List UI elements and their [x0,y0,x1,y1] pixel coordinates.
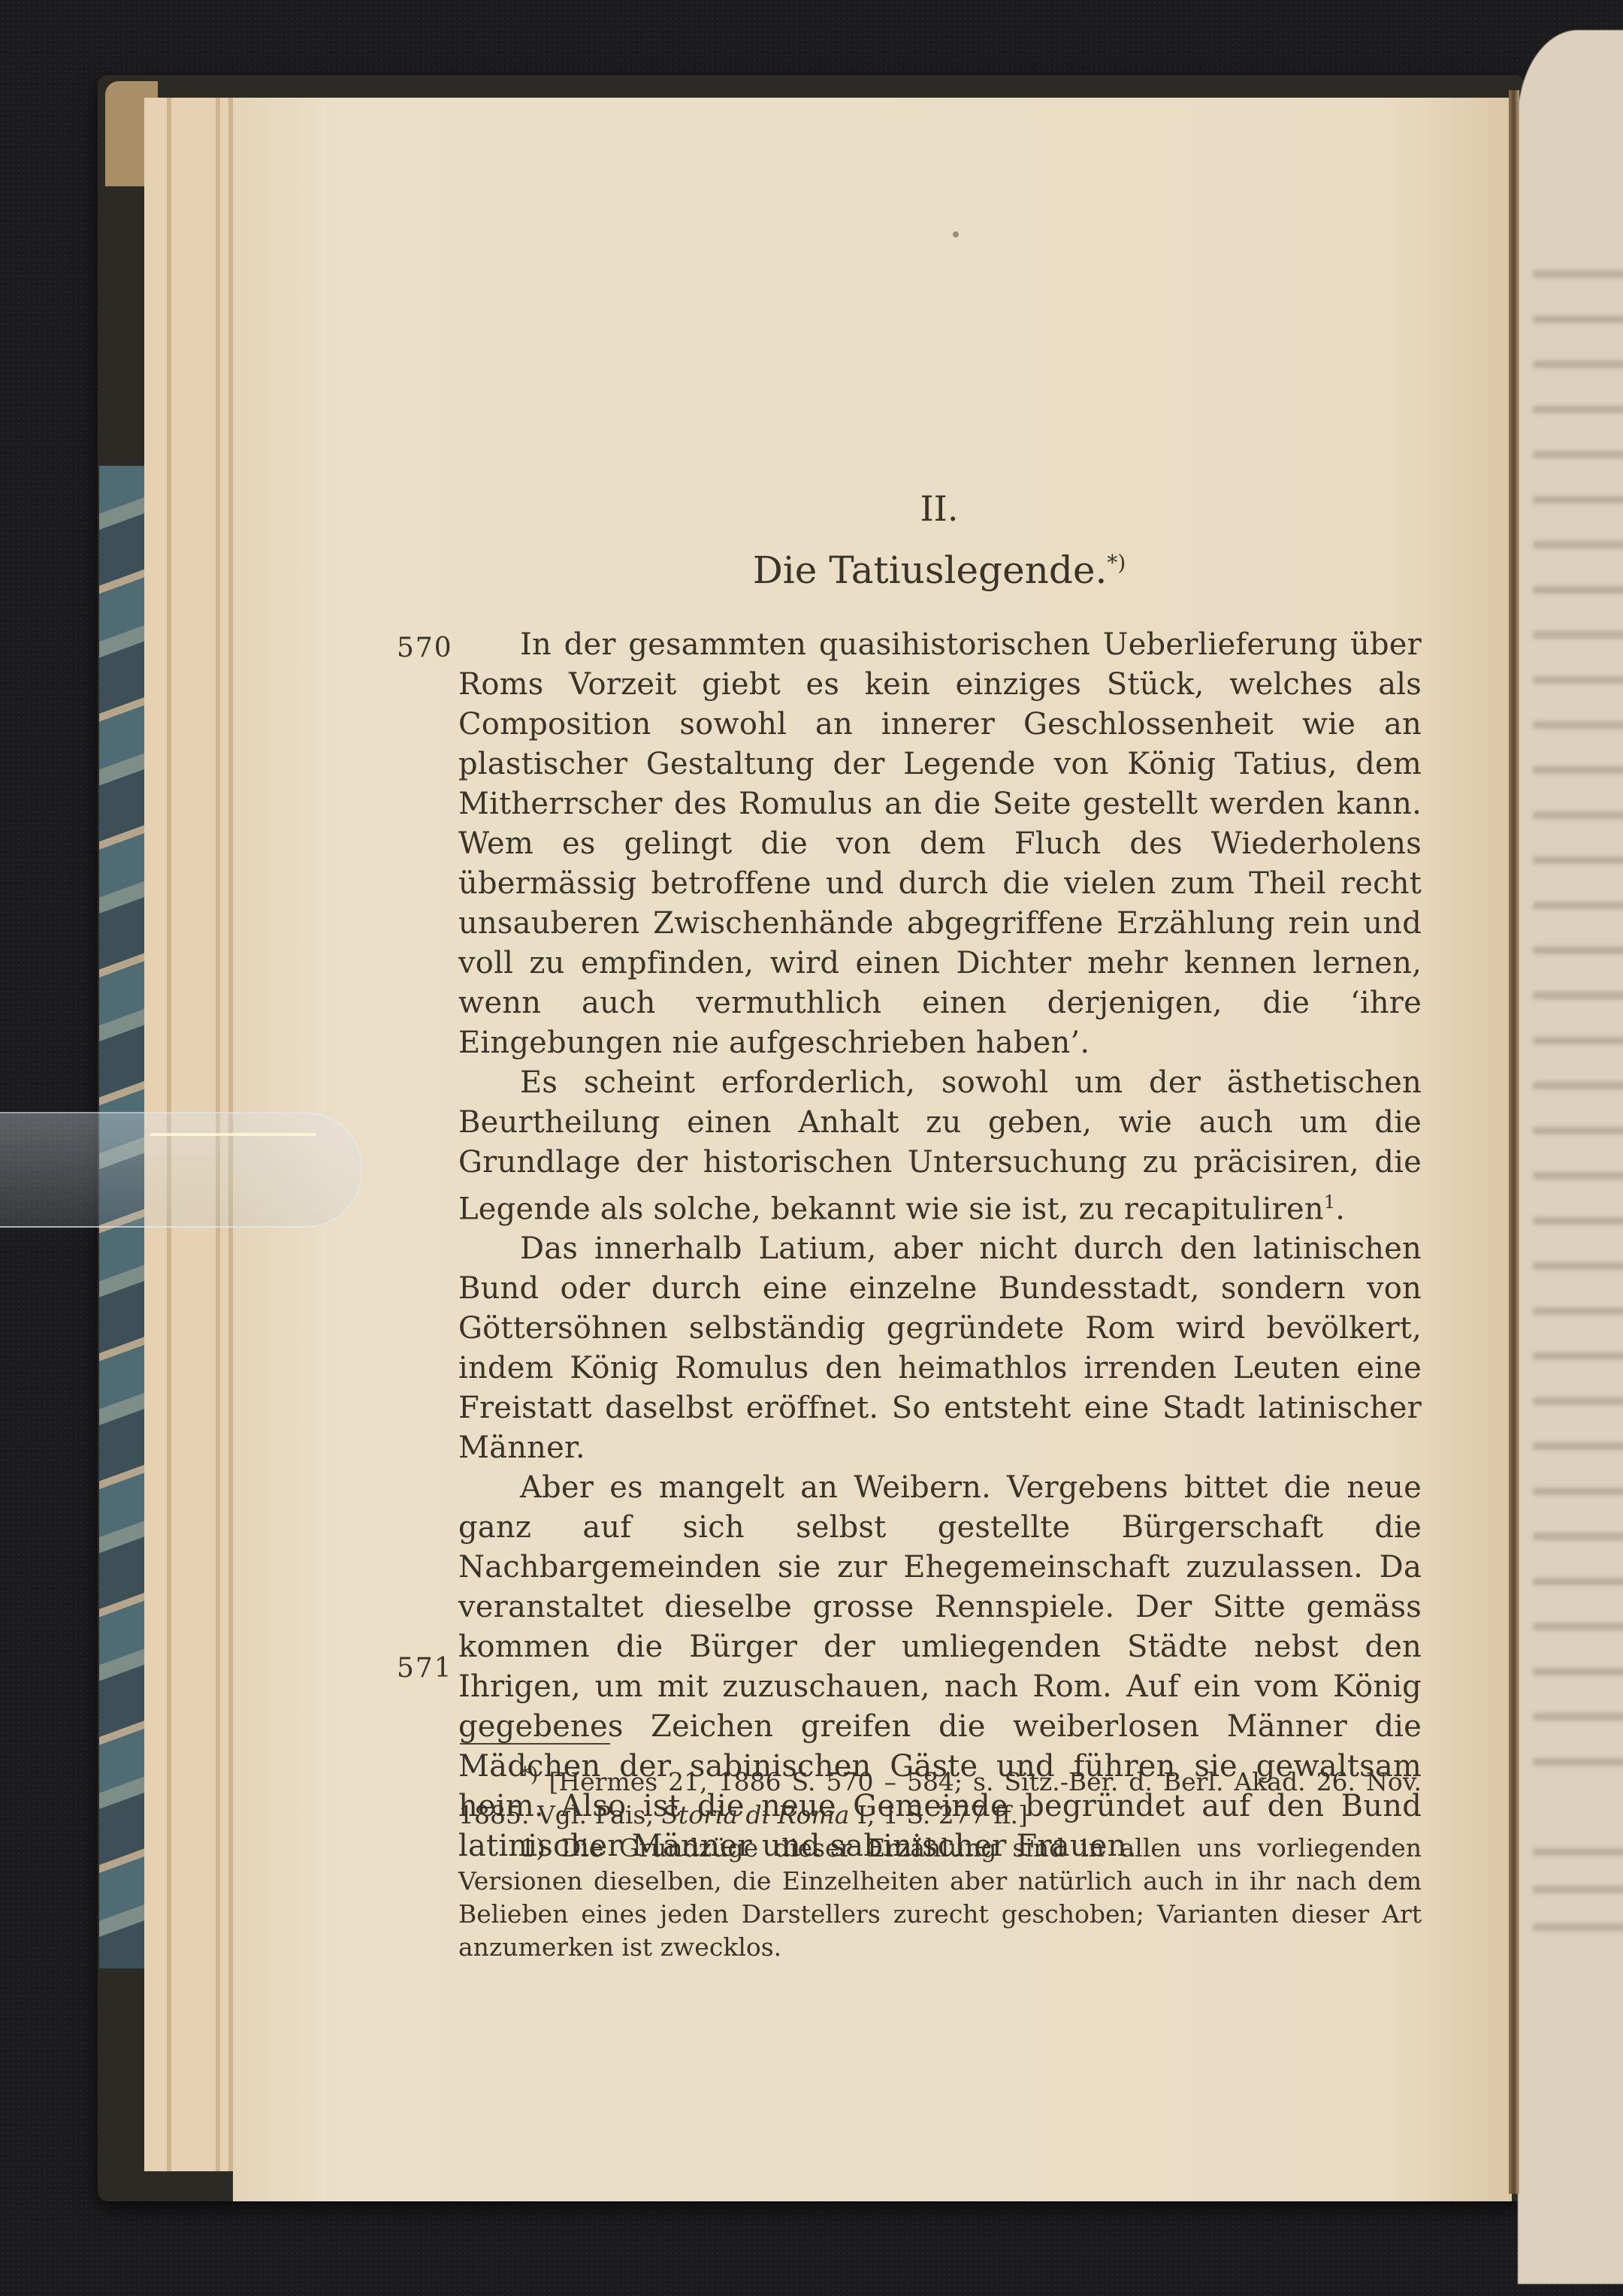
chapter-title-text: Die Tatiuslegende. [753,548,1108,592]
margin-page-number: 571 [397,1653,453,1684]
paragraph-text: Es scheint erforderlich, sowohl um der ä… [458,1065,1422,1226]
footnote-star: *) [Hermes 21, 1886 S. 570 – 584; s. Sit… [458,1758,1422,1832]
footnote-mark: *) [1107,550,1126,575]
body-text: In der gesammten quasihistorischen Ueber… [458,625,1422,1866]
footnote-ref: 1 [1324,1192,1335,1213]
chapter-title: Die Tatiuslegende.*) [706,548,1172,592]
footnote-1: 1) Die Grundzüge dieser Erzählung sind i… [458,1832,1422,1964]
margin-page-number: 570 [397,633,453,663]
ink-speck [953,231,959,237]
paragraph: Das innerhalb Latium, aber nicht durch d… [458,1229,1422,1468]
paragraph: Es scheint erforderlich, sowohl um der ä… [458,1063,1422,1229]
italic-title: Storia di Roma [661,1800,849,1829]
plastic-page-holder [0,1112,362,1228]
book-gutter [1509,90,1519,2194]
facing-page-blurred [1518,30,1623,2284]
footnotes: *) [Hermes 21, 1886 S. 570 – 584; s. Sit… [458,1758,1422,1964]
paragraph: In der gesammten quasihistorischen Ueber… [458,625,1422,1063]
footnote-rule [460,1743,610,1745]
chapter-number: II. [887,488,992,529]
